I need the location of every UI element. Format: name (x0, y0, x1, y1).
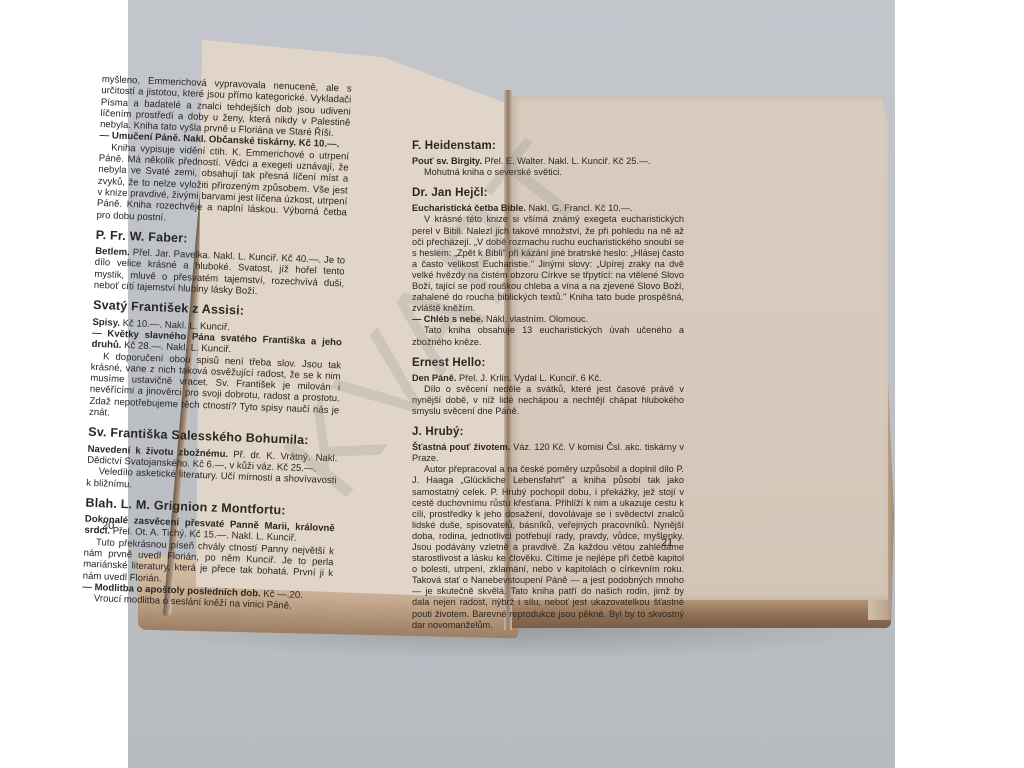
right-page-text: F. Heidenstam: Pouť sv. Birgity. Přel. E… (412, 131, 684, 631)
entry-body: V krásné této knize si všímá známý exege… (412, 214, 684, 314)
left-page-text: myšleno, Emmerichová vypravovala nenucen… (82, 74, 352, 614)
entry-body: K doporučení obou spisů není třeba slov.… (89, 350, 341, 427)
entry-title: Den Páně. (412, 373, 456, 383)
entry-text: Nakl. G. Francl. Kč 10.—. (528, 203, 632, 213)
entry-author: Dr. Jan Hejčl: (412, 188, 684, 199)
entry-title: Pouť sv. Birgity. (412, 156, 482, 166)
right-page-number: 21 (661, 537, 673, 549)
intro-body: Kniha vypisuje vidění ctih. K. Emmericho… (96, 142, 349, 231)
entry-text: Přel. Jar. Pavelka. Nakl. L. Kunciř. Kč … (94, 247, 346, 297)
entry-text-2: Nákl. vlastním. Olomouc. (486, 314, 588, 324)
entry-body-2: Tato kniha obsahuje 13 eucharistických ú… (412, 325, 684, 347)
entry-title: Spisy. (92, 316, 120, 328)
entry-title: Šťastná pouť životem. (412, 442, 510, 452)
entry-text: Přel. E. Walter. Nakl. L. Kunciř. Kč 25.… (484, 156, 650, 166)
entry-body: Autor přepracoval a na české poměry uzpů… (412, 464, 684, 630)
entry-title-2: — Chléb s nebe. (412, 314, 483, 324)
entry-author: J. Hrubý: (412, 427, 684, 438)
intro-paragraph: myšleno, Emmerichová vypravovala nenucen… (100, 74, 352, 140)
entry-text: Přel. J. Krlín. Vydal L. Kunciř. 6 Kč. (459, 373, 602, 383)
entry-title: Betlem. (95, 246, 130, 258)
entry-body: Dílo o svěcení neděle a svátků, které je… (412, 384, 684, 417)
entry-title: Eucharistická četba Bible. (412, 203, 526, 213)
left-page-number: 20 (102, 520, 114, 532)
entry-author: F. Heidenstam: (412, 141, 684, 152)
entry-body: Mohutná kniha o severské světici. (412, 167, 684, 178)
entry-author: Ernest Hello: (412, 358, 684, 369)
